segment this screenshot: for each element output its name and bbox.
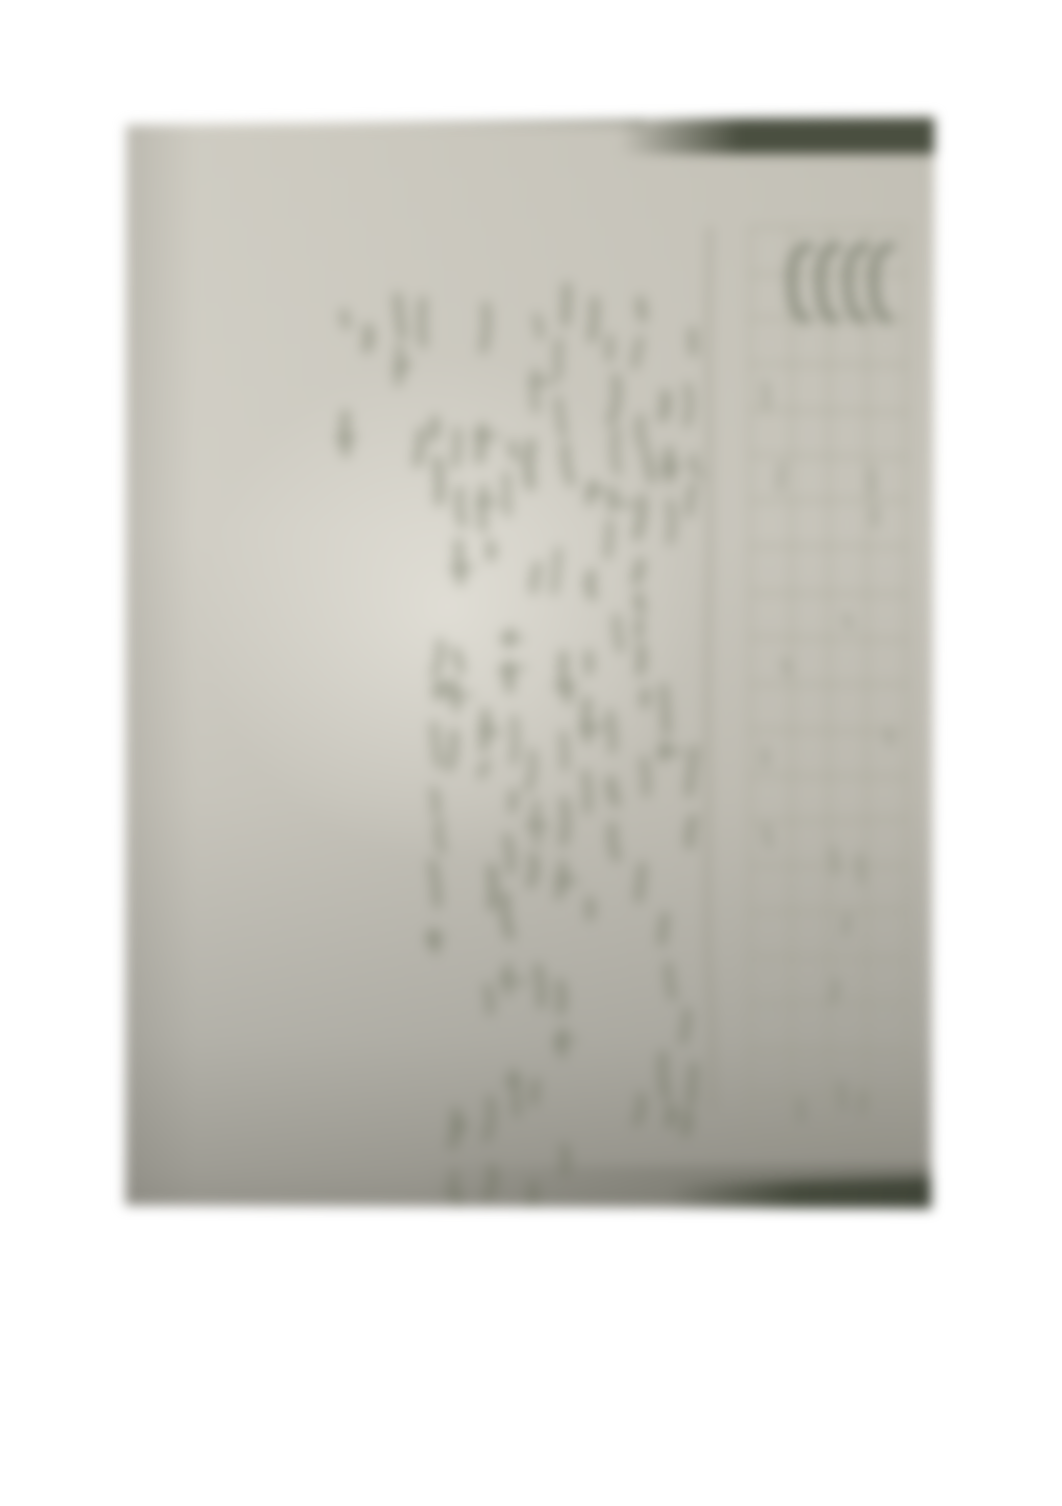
ledger-grid	[708, 227, 908, 1140]
paper-sheet	[122, 115, 937, 1212]
ink-layer	[122, 115, 937, 1212]
page-background	[0, 0, 1062, 1506]
handwriting-ink	[338, 286, 700, 1212]
photo-of-handwritten-page	[122, 115, 937, 1212]
grid-header-scribbles	[792, 246, 891, 319]
